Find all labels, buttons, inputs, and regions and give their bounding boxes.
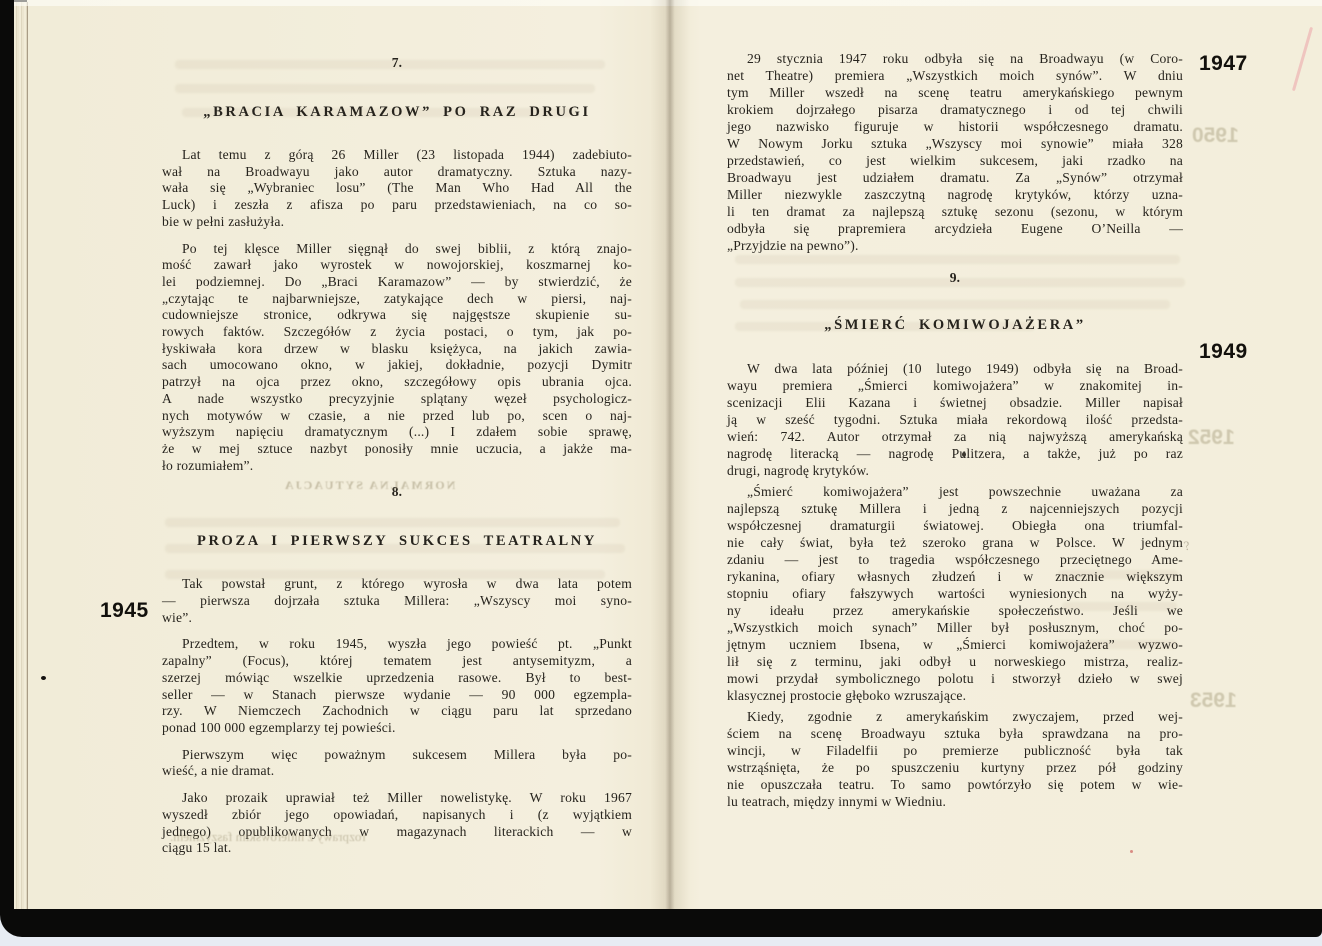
- text-line: rykanina, ofiary własnych złudzeń i w zn…: [727, 568, 1183, 585]
- text-line: sach umocowano okno, w jakiej, dokładnie…: [162, 357, 632, 374]
- margin-year-1949: 1949: [1199, 340, 1248, 364]
- text-line: wincji, w Filadelfii po premierze public…: [727, 742, 1183, 759]
- ink-speck: [41, 676, 46, 680]
- text-line: mość zawarł jako wyrostek w nowojorskiej…: [162, 257, 632, 274]
- text-line: W Nowym Jorku sztuka „Wszyscy moi synowi…: [727, 135, 1183, 152]
- text-line: wstrząśnięta, że po spuszczeniu kurtyny …: [727, 759, 1183, 776]
- text-line: ny ideału przez amerykańskie społeczeńst…: [727, 602, 1183, 619]
- margin-year-1945: 1945: [100, 599, 149, 623]
- text-line: nie opuszczała teatru. To samo powtórzył…: [727, 776, 1183, 793]
- text-line: współczesnej dramaturgii światowej. Obie…: [727, 517, 1183, 534]
- text-line: ją w sześć tygodni. Sztuka miała rekordo…: [727, 411, 1183, 428]
- section-heading: „ŚMIERĆ KOMIWOJAŻERA”: [727, 316, 1183, 334]
- text-line: odbyła się prapremiera arcydzieła Eugene…: [727, 220, 1183, 237]
- text-line: „Wszystkich moich synach” Miller był pos…: [727, 619, 1183, 636]
- text-line: patrzył na ojca przez okno, szczegółowy …: [162, 374, 632, 391]
- text-line: lei podziemnej. Do „Braci Karamazow” — b…: [162, 274, 632, 291]
- text-line: wała się „Wybraniec losu” (The Man Who H…: [162, 180, 632, 197]
- text-line: W dwa lata później (10 lutego 1949) odby…: [727, 360, 1183, 377]
- text-line: „czytając te najbarwniejsze, zatykające …: [162, 291, 632, 308]
- text-line: jego nazwisko figuruje w historii współc…: [727, 118, 1183, 135]
- text-line: ło rozumiałem”.: [162, 458, 632, 475]
- text-line: Pierwszym więc poważnym sukcesem Millera…: [162, 747, 632, 764]
- text-line: krokiem dojrzałego pisarza dramatycznego…: [727, 101, 1183, 118]
- paragraph: „Śmierć komiwojażera” jest powszechnie u…: [727, 483, 1183, 704]
- paragraph: Lat temu z górą 26 Miller (23 listopada …: [162, 147, 632, 231]
- text-line: najlepszą sztukę Millera i jedną z najce…: [727, 500, 1183, 517]
- text-line: szerzej mówiąc wszelkie uprzedzenia raso…: [162, 670, 632, 687]
- text-line: Lat temu z górą 26 Miller (23 listopada …: [162, 147, 632, 164]
- margin-year-1947: 1947: [1199, 52, 1248, 76]
- text-line: przedstawień, co jest wielkim sukcesem, …: [727, 152, 1183, 169]
- text-line: Luck) i zeszła z afisza po paru przedsta…: [162, 197, 632, 214]
- text-line: wayu premiera „Śmierci komiwojażera” w z…: [727, 377, 1183, 394]
- text-line: drugi, nagrodę krytyków.: [727, 462, 1183, 479]
- text-line: nie cały świat, była też szeroko grana w…: [727, 534, 1183, 551]
- text-line: nagrodę literacką — nagrodę Pulitzera, a…: [727, 445, 1183, 462]
- text-line: Jako prozaik uprawiał też Miller nowelis…: [162, 790, 632, 807]
- text-line: „Przyjdzie na pewno”).: [727, 237, 1183, 254]
- text-line: stopniu ofiary fałszywych wartości wynie…: [727, 585, 1183, 602]
- left-page-text-column: 7.„BRACIA KARAMAZOW” PO RAZ DRUGILat tem…: [162, 0, 632, 867]
- text-line: cudowniejsze stronice, odkrywa się najgę…: [162, 307, 632, 324]
- text-line: mowi przydał symbolicznego polotu i stwo…: [727, 670, 1183, 687]
- text-line: wień: 742. Autor otrzymał za nią najwyżs…: [727, 428, 1183, 445]
- page-edge-stack: [14, 2, 28, 909]
- red-speck: [1130, 850, 1133, 853]
- text-line: „Śmierć komiwojażera” jest powszechnie u…: [727, 483, 1183, 500]
- paragraph: Jako prozaik uprawiał też Miller nowelis…: [162, 790, 632, 857]
- paragraph: Kiedy, zgodnie z amerykańskim zwyczajem,…: [727, 708, 1183, 810]
- text-line: wyszedł zbiór jego opowiadań, napisanych…: [162, 807, 632, 824]
- text-line: tym Miller wszedł na scenę teatru ameryk…: [727, 84, 1183, 101]
- text-line: Broadwayu jest udziałem dramatu. Za „Syn…: [727, 169, 1183, 186]
- text-line: li ten dramat za najlepszą sztukę sezonu…: [727, 203, 1183, 220]
- text-line: rzy. W Niemczech Zachodnich w ciągu paru…: [162, 703, 632, 720]
- text-line: wyższym napięciu dramatycznym (...) I zd…: [162, 424, 632, 441]
- text-line: seller — w Stanach pierwsze wydanie — 90…: [162, 687, 632, 704]
- text-line: zapalny” (Focus), której tematem jest an…: [162, 653, 632, 670]
- text-line: zdaniu — jest to tragedia współczesnego …: [727, 551, 1183, 568]
- text-line: że w mej sztuce nazbyt ponosiły mnie ucz…: [162, 441, 632, 458]
- text-line: ponad 100 000 egzemplarzy tej powieści.: [162, 720, 632, 737]
- text-line: Kiedy, zgodnie z amerykańskim zwyczajem,…: [727, 708, 1183, 725]
- paragraph: Tak powstał grunt, z którego wyrosła w d…: [162, 576, 632, 626]
- text-line: Przedtem, w roku 1945, wyszła jego powie…: [162, 636, 632, 653]
- text-line: bie w pełni zasłużyła.: [162, 214, 632, 231]
- text-line: Miller niezwykle zaszczytną nagrodę kryt…: [727, 186, 1183, 203]
- text-line: scenizacji Elii Kazana i świetnej obsadz…: [727, 394, 1183, 411]
- text-line: 29 stycznia 1947 roku odbyła się na Broa…: [727, 50, 1183, 67]
- section-number: 9.: [727, 270, 1183, 286]
- book-gutter-crease: [650, 0, 690, 909]
- paragraph: W dwa lata później (10 lutego 1949) odby…: [727, 360, 1183, 479]
- text-line: A nade wszystko precyzyjnie splątany węz…: [162, 391, 632, 408]
- ghost-year-1953: 1953: [1190, 689, 1237, 713]
- text-line: Po tej klęsce Miller sięgnął do swej bib…: [162, 241, 632, 258]
- ghost-heading-bleed: NORMALNA SYTUACJA: [283, 478, 455, 493]
- section-number: 7.: [162, 55, 632, 71]
- text-line: lił się z terminu, jaki odbył u norweski…: [727, 653, 1183, 670]
- right-page-text-column: 29 stycznia 1947 roku odbyła się na Broa…: [727, 0, 1183, 814]
- text-line: — pierwsza dojrzała sztuka Millera: „Wsz…: [162, 593, 632, 610]
- text-line: nych motywów w czasie, a nie przed lub p…: [162, 408, 632, 425]
- text-line: łyskiwała kora drzew w blasku księżyca, …: [162, 341, 632, 358]
- paragraph: 29 stycznia 1947 roku odbyła się na Broa…: [727, 50, 1183, 254]
- text-line: ściem na scenę Broadwayu sztuka była spr…: [727, 725, 1183, 742]
- section-heading: PROZA I PIERWSZY SUKCES TEATRALNY: [162, 532, 632, 550]
- ghost-year-1952: 1952: [1188, 426, 1235, 450]
- paragraph: Pierwszym więc poważnym sukcesem Millera…: [162, 747, 632, 780]
- text-line: net Theatre) premiera „Wszystkich moich …: [727, 67, 1183, 84]
- text-line: klasycznej prostocie głęboko wzruszające…: [727, 687, 1183, 704]
- text-line: wieść, a nie dramat.: [162, 763, 632, 780]
- paragraph: Po tej klęsce Miller sięgnął do swej bib…: [162, 241, 632, 475]
- text-line: Tak powstał grunt, z którego wyrosła w d…: [162, 576, 632, 593]
- ghost-year-1950: 1950: [1192, 124, 1239, 148]
- ghost-line-bleed: rozprawy z hitlerowskim faszyzmem.: [170, 829, 366, 845]
- text-line: wał na Broadwayu jako autor dramatyczny.…: [162, 164, 632, 181]
- text-line: jętnym uczniem Ibsena, w „Śmierci komiwo…: [727, 636, 1183, 653]
- text-line: lu teatrach, między innymi w Wiedniu.: [727, 793, 1183, 810]
- footnote-mark-speck: [962, 452, 966, 457]
- book-scan: 7.„BRACIA KARAMAZOW” PO RAZ DRUGILat tem…: [0, 0, 1322, 946]
- section-heading: „BRACIA KARAMAZOW” PO RAZ DRUGI: [162, 103, 632, 121]
- text-line: rowych faktów. Szczegółów z życia postac…: [162, 324, 632, 341]
- text-line: wie”.: [162, 610, 632, 627]
- paragraph: Przedtem, w roku 1945, wyszła jego powie…: [162, 636, 632, 736]
